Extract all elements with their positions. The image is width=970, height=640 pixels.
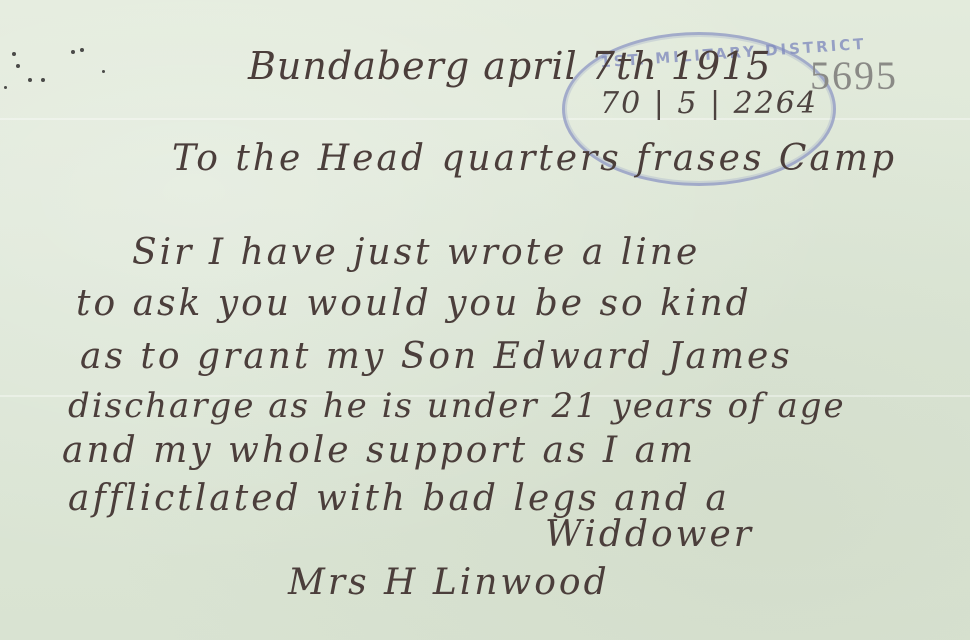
ink-speck xyxy=(28,78,32,82)
ink-speck xyxy=(4,86,7,89)
body-line: Sir I have just wrote a line xyxy=(132,232,700,273)
document-number: 5695 xyxy=(810,52,898,99)
ink-speck xyxy=(41,78,45,82)
ink-speck xyxy=(12,52,16,56)
body-line: discharge as he is under 21 years of age xyxy=(68,386,846,426)
body-line: as to grant my Son Edward James xyxy=(80,336,793,377)
ink-speck xyxy=(102,70,105,73)
stamp-reference-numbers: 70 | 5 | 2264 xyxy=(600,86,818,121)
body-line: afflictlated with bad legs and a xyxy=(68,478,730,519)
letter-page: 1ST. MILITARY DISTRICT 70 | 5 | 2264 569… xyxy=(0,0,970,640)
body-line: and my whole support as I am xyxy=(62,430,696,471)
signature: Mrs H Linwood xyxy=(288,562,610,603)
addressee-line: To the Head quarters frases Camp xyxy=(172,138,897,179)
ink-speck xyxy=(80,48,84,52)
place-date-line: Bundaberg april 7th 1915 xyxy=(248,44,771,88)
ink-speck xyxy=(16,64,20,68)
ink-speck xyxy=(71,50,75,54)
body-line: Widdower xyxy=(545,514,754,555)
body-line: to ask you would you be so kind xyxy=(76,283,752,324)
